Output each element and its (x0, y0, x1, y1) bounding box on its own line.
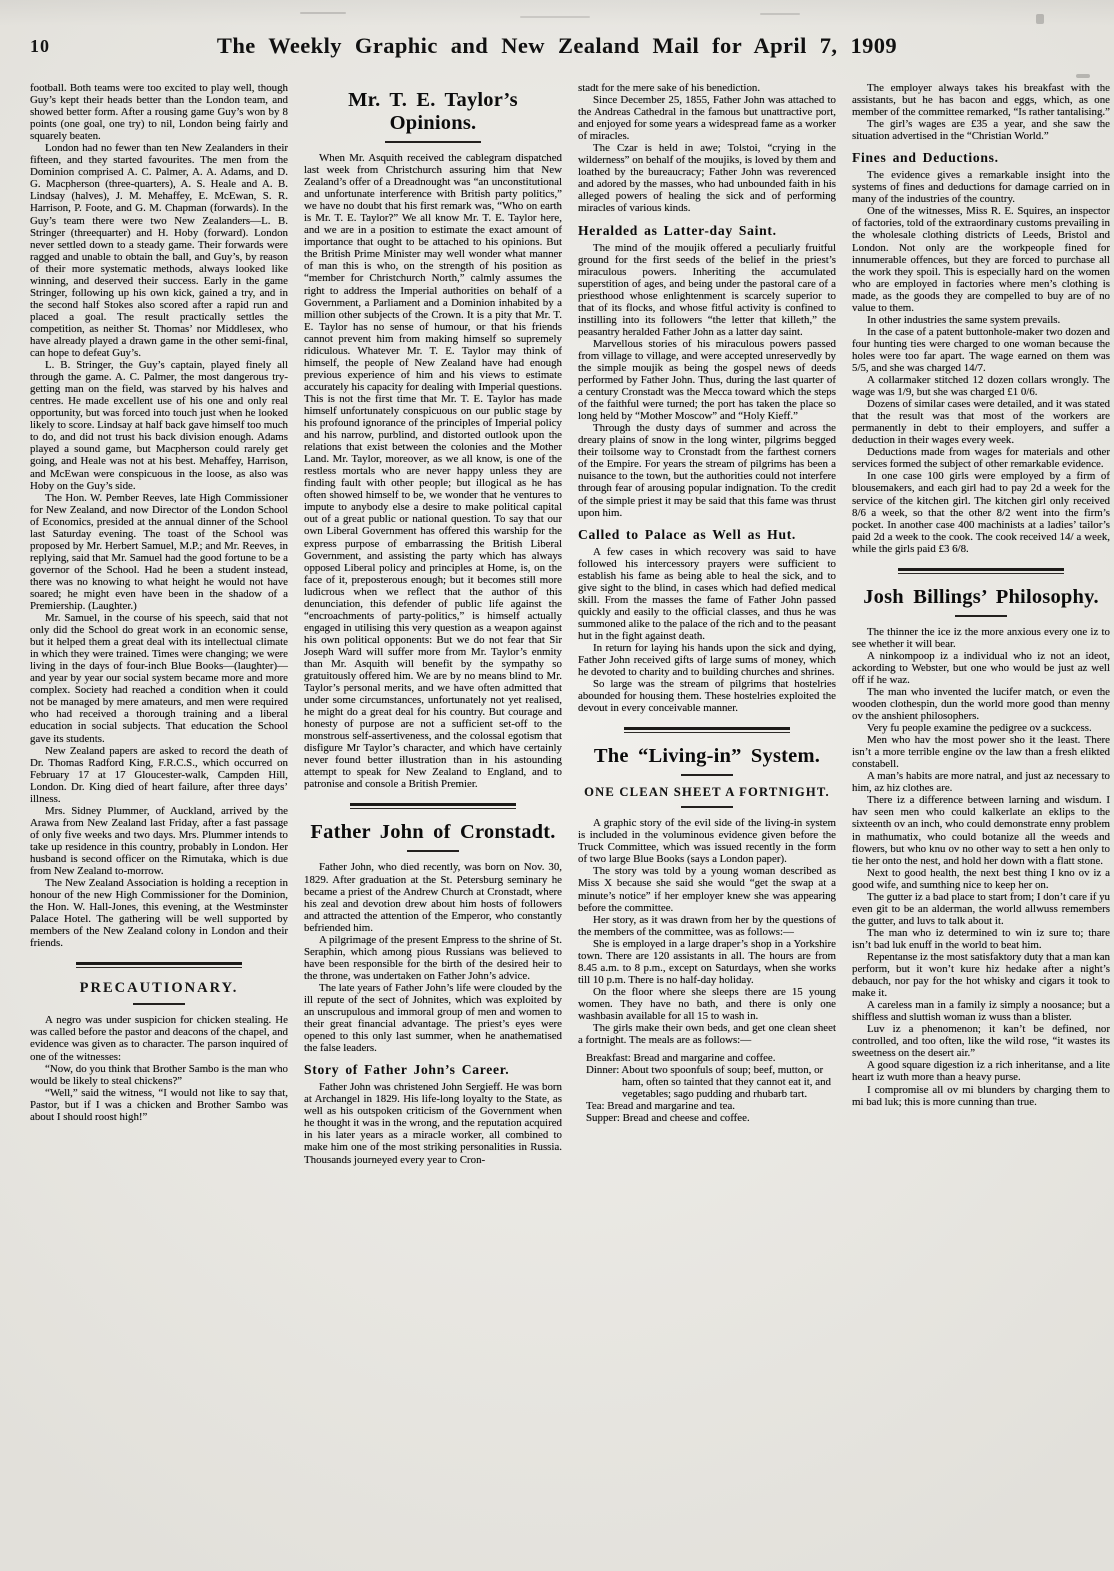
article-divider-rule (76, 962, 241, 968)
title-underline-rule (955, 615, 1007, 617)
paragraph: A careless man in a family iz simply a n… (852, 999, 1110, 1023)
article-josh-billings: Josh Billings’ Philosophy. The thinner t… (852, 586, 1110, 1108)
paragraph: L. B. Stringer, the Guy’s captain, playe… (30, 359, 288, 492)
meal-item: Dinner: About two spoonfuls of soup; bee… (578, 1064, 836, 1100)
scan-artifact (760, 13, 800, 15)
article-london-news-notes: The Hon. W. Pember Reeves, late High Com… (30, 492, 288, 950)
paragraph: A pilgrimage of the present Empress to t… (304, 934, 562, 982)
column-2: Mr. T. E. Taylor’s Opinions. When Mr. As… (304, 82, 562, 1568)
paragraph: Deductions made from wages for materials… (852, 446, 1110, 470)
paragraph: Father John, who died recently, was born… (304, 861, 562, 933)
paragraph: The girls make their own beds, and get o… (578, 1022, 836, 1046)
paragraph: Father John was christened John Sergieff… (304, 1081, 562, 1165)
paragraph: Mrs. Sidney Plummer, of Auckland, arrive… (30, 805, 288, 877)
paragraph: The thinner the ice iz the more anxious … (852, 626, 1110, 650)
paragraph: A man’s habits are more natral, and just… (852, 770, 1110, 794)
paragraph: Marvellous stories of his miraculous pow… (578, 338, 836, 422)
paragraph: In return for laying his hands upon the … (578, 642, 836, 678)
scan-artifact (520, 16, 590, 18)
paragraph: The man who iz determined to win iz sure… (852, 927, 1110, 951)
subtitle-underline-rule (681, 806, 733, 808)
meal-item: Breakfast: Bread and margarine and coffe… (578, 1052, 836, 1064)
paragraph: She is employed in a large draper’s shop… (578, 938, 836, 986)
article-taylor-opinions: Mr. T. E. Taylor’s Opinions. When Mr. As… (304, 89, 562, 790)
article-title: PRECAUTIONARY. (30, 980, 288, 997)
paragraph: The man who invented the lucifer match, … (852, 686, 1110, 722)
title-underline-rule (407, 850, 459, 852)
article-title: The “Living-in” System. (578, 745, 836, 768)
article-football-continuation: football. Both teams were too excited to… (30, 82, 288, 492)
article-living-in-continuation: The employer always takes his breakfast … (852, 82, 1110, 555)
section-subhead: Heralded as Latter-day Saint. (578, 223, 836, 238)
column-1: football. Both teams were too excited to… (30, 82, 288, 1568)
paragraph: The story was told by a young woman desc… (578, 865, 836, 913)
paragraph: “Well,” said the witness, “I would not l… (30, 1087, 288, 1123)
paragraph: A good square digestion iz a rich inheri… (852, 1059, 1110, 1083)
article-divider-rule (350, 803, 515, 809)
article-title: Mr. T. E. Taylor’s Opinions. (304, 89, 562, 135)
meal-item: Tea: Bread and margarine and tea. (578, 1100, 836, 1112)
paragraph: Luv iz a phenomenon; it kan’t be defined… (852, 1023, 1110, 1059)
article-living-in-system: The “Living-in” System. ONE CLEAN SHEET … (578, 745, 836, 1124)
title-underline-rule (681, 774, 733, 776)
paragraph: The Czar is held in awe; Tolstoi, “cryin… (578, 142, 836, 214)
paragraph: A collarmaker stitched 12 dozen collars … (852, 374, 1110, 398)
paragraph: A ninkompoop iz a individual who iz not … (852, 650, 1110, 686)
paragraph: The New Zealand Association is holding a… (30, 877, 288, 949)
paragraph: The employer always takes his breakfast … (852, 82, 1110, 118)
scan-artifact (1036, 14, 1044, 24)
article-divider-rule (898, 568, 1063, 574)
paragraph: Next to good health, the next best thing… (852, 867, 1110, 891)
paragraph: A few cases in which recovery was said t… (578, 546, 836, 642)
paragraph: Her story, as it was drawn from her by t… (578, 914, 836, 938)
paragraph: So large was the stream of pilgrims that… (578, 678, 836, 714)
paragraph: On the floor where she sleeps there are … (578, 986, 836, 1022)
article-father-john: Father John of Cronstadt. Father John, w… (304, 821, 562, 1165)
newspaper-page: 10 The Weekly Graphic and New Zealand Ma… (0, 0, 1114, 1571)
paragraph: Men who hav the most power sho it the le… (852, 734, 1110, 770)
paragraph: There iz a difference between larning an… (852, 794, 1110, 866)
title-underline-rule (133, 1003, 185, 1005)
paragraph: stadt for the mere sake of his benedicti… (578, 82, 836, 94)
meal-item: Supper: Bread and cheese and coffee. (578, 1112, 836, 1124)
paragraph: The Hon. W. Pember Reeves, late High Com… (30, 492, 288, 612)
paragraph: The late years of Father John’s life wer… (304, 982, 562, 1054)
paragraph: “Now, do you think that Brother Sambo is… (30, 1063, 288, 1087)
section-subhead: Story of Father John’s Career. (304, 1062, 562, 1077)
masthead-title: The Weekly Graphic and New Zealand Mail … (0, 33, 1114, 59)
section-subhead: Fines and Deductions. (852, 150, 1110, 165)
paragraph: The mind of the moujik offered a peculia… (578, 242, 836, 338)
paragraph: When Mr. Asquith received the cablegram … (304, 152, 562, 790)
paragraph: Dozens of similar cases were detailed, a… (852, 398, 1110, 446)
section-subhead: Called to Palace as Well as Hut. (578, 527, 836, 542)
column-layout: football. Both teams were too excited to… (30, 82, 1110, 1568)
paragraph: The gutter iz a bad place to start from;… (852, 891, 1110, 927)
paragraph: I compromise all ov mi blunders by charg… (852, 1084, 1110, 1108)
paragraph: Through the dusty days of summer and acr… (578, 422, 836, 518)
article-precautionary: PRECAUTIONARY. A negro was under suspici… (30, 980, 288, 1122)
paragraph: A negro was under suspicion for chicken … (30, 1014, 288, 1062)
paragraph: Very fu people examine the pedigree ov a… (852, 722, 1110, 734)
article-father-john-continuation: stadt for the mere sake of his benedicti… (578, 82, 836, 714)
paragraph: A graphic story of the evil side of the … (578, 817, 836, 865)
paragraph: Mr. Samuel, in the course of his speech,… (30, 612, 288, 745)
article-title: Father John of Cronstadt. (304, 821, 562, 844)
meals-list: Breakfast: Bread and margarine and coffe… (578, 1052, 836, 1124)
column-4: The employer always takes his breakfast … (852, 82, 1110, 1568)
paragraph: In other industries the same system prev… (852, 314, 1110, 326)
article-divider-rule (624, 727, 789, 733)
article-subtitle: ONE CLEAN SHEET A FORTNIGHT. (578, 785, 836, 800)
paragraph: Since December 25, 1855, Father John was… (578, 94, 836, 142)
article-title: Josh Billings’ Philosophy. (852, 586, 1110, 609)
paragraph: One of the witnesses, Miss R. E. Squires… (852, 205, 1110, 313)
paragraph: The girl’s wages are £35 a year, and she… (852, 118, 1110, 142)
scan-artifact (1076, 74, 1090, 78)
column-3: stadt for the mere sake of his benedicti… (578, 82, 836, 1568)
paragraph: London had no fewer than ten New Zealand… (30, 142, 288, 359)
paragraph: Repentanse iz the most satisfaktory duty… (852, 951, 1110, 999)
paragraph: New Zealand papers are asked to record t… (30, 745, 288, 805)
title-underline-rule (385, 141, 481, 143)
scan-artifact (300, 12, 346, 14)
paragraph: In one case 100 girls were employed by a… (852, 470, 1110, 554)
paragraph: football. Both teams were too excited to… (30, 82, 288, 142)
paragraph: The evidence gives a remarkable insight … (852, 169, 1110, 205)
paragraph: In the case of a patent buttonhole-maker… (852, 326, 1110, 374)
